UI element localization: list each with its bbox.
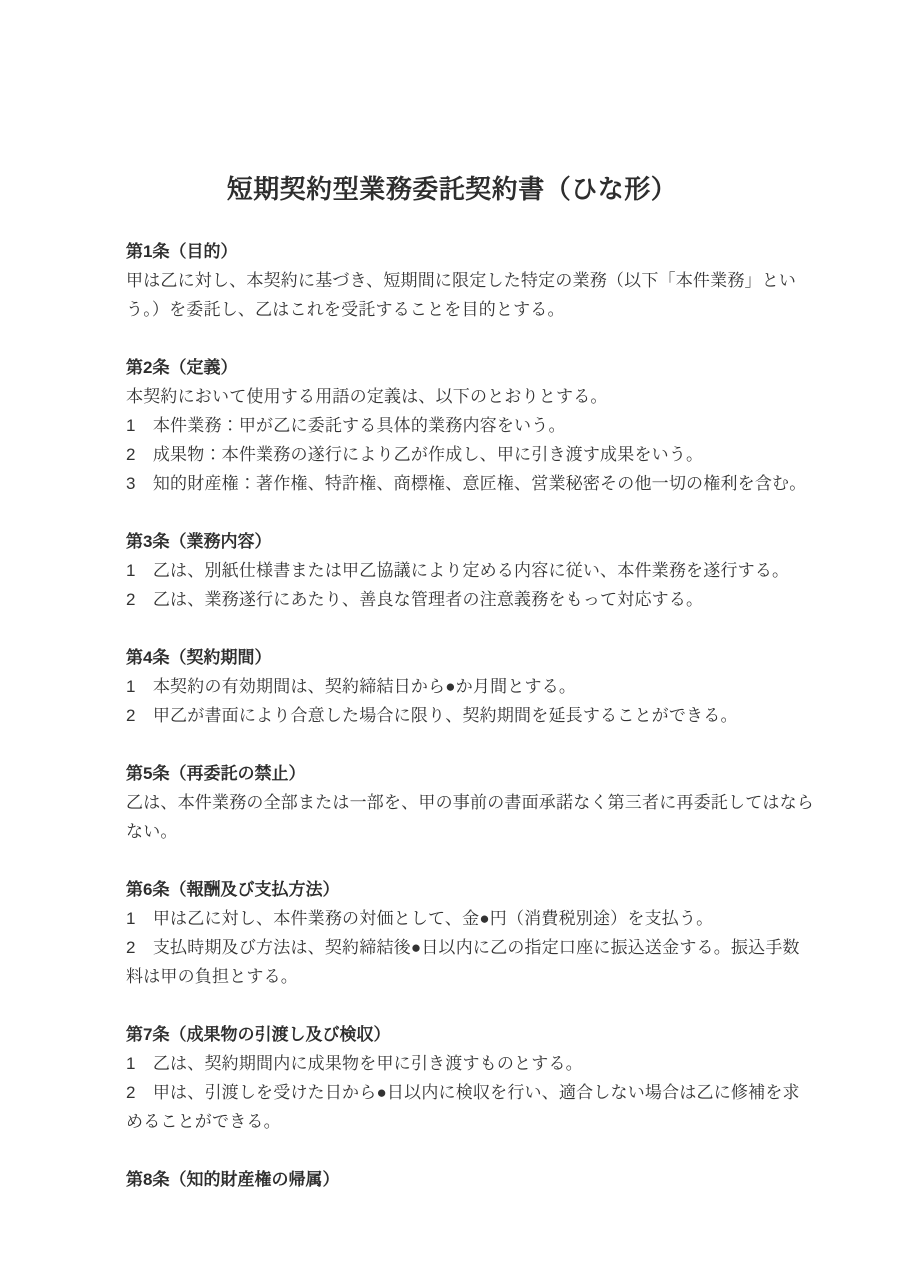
section-paragraph: 1 本契約の有効期間は、契約締結日から●か月間とする。 bbox=[126, 672, 814, 701]
section-article-8: 第8条（知的財産権の帰属） bbox=[126, 1165, 814, 1194]
contract-document-page: 短期契約型業務委託契約書（ひな形） 第1条（目的） 甲は乙に対し、本契約に基づき… bbox=[0, 0, 904, 1279]
section-article-1: 第1条（目的） 甲は乙に対し、本契約に基づき、短期間に限定した特定の業務（以下「… bbox=[126, 237, 814, 324]
section-paragraph: 2 甲は、引渡しを受けた日から●日以内に検収を行い、適合しない場合は乙に修補を求… bbox=[126, 1078, 814, 1136]
section-paragraph: 1 甲は乙に対し、本件業務の対価として、金●円（消費税別途）を支払う。 bbox=[126, 904, 814, 933]
section-article-5: 第5条（再委託の禁止） 乙は、本件業務の全部または一部を、甲の事前の書面承諾なく… bbox=[126, 759, 814, 846]
section-heading: 第2条（定義） bbox=[126, 353, 814, 382]
section-paragraph: 1 乙は、契約期間内に成果物を甲に引き渡すものとする。 bbox=[126, 1049, 814, 1078]
section-paragraph: 乙は、本件業務の全部または一部を、甲の事前の書面承諾なく第三者に再委託してはなら… bbox=[126, 788, 814, 846]
section-paragraph: 1 本件業務：甲が乙に委託する具体的業務内容をいう。 bbox=[126, 411, 814, 440]
section-paragraph: 2 成果物：本件業務の遂行により乙が作成し、甲に引き渡す成果をいう。 bbox=[126, 440, 814, 469]
section-article-7: 第7条（成果物の引渡し及び検収） 1 乙は、契約期間内に成果物を甲に引き渡すもの… bbox=[126, 1020, 814, 1136]
section-paragraph: 2 支払時期及び方法は、契約締結後●日以内に乙の指定口座に振込送金する。振込手数… bbox=[126, 933, 814, 991]
document-title: 短期契約型業務委託契約書（ひな形） bbox=[0, 0, 904, 208]
section-heading: 第6条（報酬及び支払方法） bbox=[126, 875, 814, 904]
section-paragraph: 2 甲乙が書面により合意した場合に限り、契約期間を延長することができる。 bbox=[126, 701, 814, 730]
section-article-6: 第6条（報酬及び支払方法） 1 甲は乙に対し、本件業務の対価として、金●円（消費… bbox=[126, 875, 814, 991]
section-paragraph: 3 知的財産権：著作権、特許権、商標権、意匠権、営業秘密その他一切の権利を含む。 bbox=[126, 469, 814, 498]
section-heading: 第4条（契約期間） bbox=[126, 643, 814, 672]
section-heading: 第3条（業務内容） bbox=[126, 527, 814, 556]
section-paragraph: 2 乙は、業務遂行にあたり、善良な管理者の注意義務をもって対応する。 bbox=[126, 585, 814, 614]
document-body: 第1条（目的） 甲は乙に対し、本契約に基づき、短期間に限定した特定の業務（以下「… bbox=[126, 237, 814, 1194]
section-heading: 第5条（再委託の禁止） bbox=[126, 759, 814, 788]
section-heading: 第8条（知的財産権の帰属） bbox=[126, 1165, 814, 1194]
section-article-2: 第2条（定義） 本契約において使用する用語の定義は、以下のとおりとする。 1 本… bbox=[126, 353, 814, 498]
section-paragraph: 甲は乙に対し、本契約に基づき、短期間に限定した特定の業務（以下「本件業務」という… bbox=[126, 266, 814, 324]
section-heading: 第7条（成果物の引渡し及び検収） bbox=[126, 1020, 814, 1049]
section-article-4: 第4条（契約期間） 1 本契約の有効期間は、契約締結日から●か月間とする。 2 … bbox=[126, 643, 814, 730]
section-article-3: 第3条（業務内容） 1 乙は、別紙仕様書または甲乙協議により定める内容に従い、本… bbox=[126, 527, 814, 614]
section-paragraph: 1 乙は、別紙仕様書または甲乙協議により定める内容に従い、本件業務を遂行する。 bbox=[126, 556, 814, 585]
section-paragraph: 本契約において使用する用語の定義は、以下のとおりとする。 bbox=[126, 382, 814, 411]
section-heading: 第1条（目的） bbox=[126, 237, 814, 266]
